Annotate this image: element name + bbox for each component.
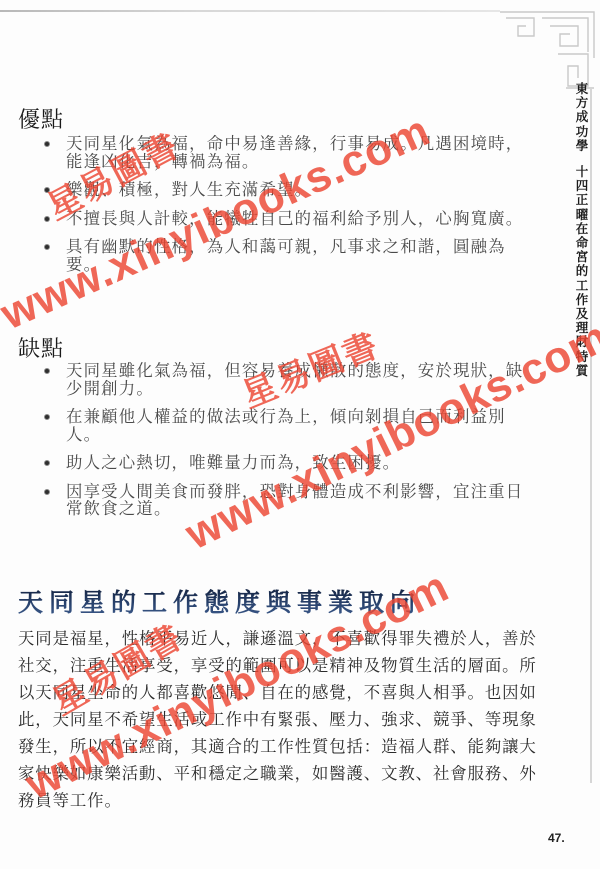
margin-vertical-rule <box>590 88 592 783</box>
strengths-list: 天同星化氣為福，命中易逢善緣，行事易成。凡遇困境時，能逢凶化吉，轉禍為福。 樂觀… <box>44 135 524 284</box>
fretwork-corner-ornament-icon <box>498 6 598 92</box>
weaknesses-list: 天同星雖化氣為福，但容易養成懶散的態度，安於現狀，缺少開創力。 在兼顧他人權益的… <box>44 362 524 529</box>
list-item: 具有幽默的性格，為人和藹可親，凡事求之和諧，圓融為要。 <box>44 238 524 273</box>
page-number: 47. <box>548 831 565 845</box>
weaknesses-heading: 缺點 <box>18 332 64 363</box>
bullet-icon <box>44 489 50 495</box>
bullet-icon <box>44 460 50 466</box>
career-section-heading: 天同星的工作態度與事業取向 <box>18 583 421 619</box>
list-item: 在兼顧他人權益的做法或行為上，傾向剝損自己而利益別人。 <box>44 408 524 443</box>
list-item: 天同星雖化氣為福，但容易養成懶散的態度，安於現狀，缺少開創力。 <box>44 362 524 397</box>
bullet-icon <box>44 244 50 250</box>
strengths-heading: 優點 <box>18 103 64 134</box>
list-item: 助人之心熱切，唯難量力而為，致生困擾。 <box>44 454 524 472</box>
bullet-icon <box>44 216 50 222</box>
list-item: 因享受人間美食而發胖，恐對身體造成不利影響，宜注重日常飲食之道。 <box>44 483 524 518</box>
bullet-icon <box>44 187 50 193</box>
running-head: 東方成功學 十四正曜在命宮的工作及理財特質 <box>574 82 590 378</box>
bullet-icon <box>44 368 50 374</box>
running-head-chapter-title: 十四正曜在命宮的工作及理財特質 <box>576 164 589 378</box>
list-item: 天同星化氣為福，命中易逢善緣，行事易成。凡遇困境時，能逢凶化吉，轉禍為福。 <box>44 135 524 170</box>
bullet-icon <box>44 414 50 420</box>
list-item: 樂觀、積極，對人生充滿希望。 <box>44 181 524 199</box>
running-head-book-title: 東方成功學 <box>576 81 589 153</box>
book-page: 東方成功學 十四正曜在命宮的工作及理財特質 優點 天同星化氣為福，命中易逢善緣，… <box>0 0 600 869</box>
list-item: 不擅長與人計較，能犧牲自己的福利給予別人，心胸寬廣。 <box>44 210 524 228</box>
top-border-rule <box>0 10 500 12</box>
bullet-icon <box>44 141 50 147</box>
career-paragraph: 天同是福星，性格平易近人，謙遜溫文，不喜歡得罪失禮於人，善於社交，注重生活享受，… <box>18 625 538 814</box>
